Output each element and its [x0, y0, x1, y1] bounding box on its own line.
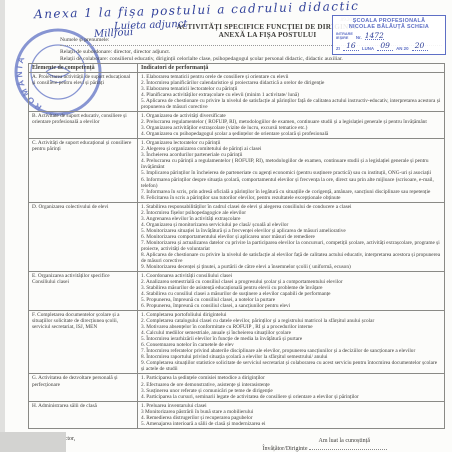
indicators-column-header: Indicatori de performanță	[138, 64, 445, 73]
indicators-cell: 1. Organizarea de activități diversifica…	[138, 112, 445, 139]
table-body: A. Proiectarea activității de suport edu…	[29, 73, 445, 429]
school-name-line2: NICOLAE BĂLĂUȚĂ SCHEIA	[336, 24, 442, 30]
table-row: C. Activități de suport educațional și c…	[29, 139, 445, 202]
table-row: A. Proiectarea activității de suport edu…	[29, 73, 445, 112]
zi-label: ZI	[336, 46, 340, 51]
signature-footer: Director, Prof. Am luat la cunoștință În…	[28, 429, 445, 452]
indicators-cell: 1. Preluarea inventarului clasei3 Monito…	[138, 401, 445, 428]
indicator-line: 7. Informarea în scris, prin adresă ofic…	[141, 189, 441, 195]
table-row: F. Completarea documentelor școlare și a…	[29, 311, 445, 374]
nr-label: Nr.	[356, 35, 362, 40]
subordination-line: Relații de subordonare: director, direct…	[60, 49, 170, 55]
signature-line	[309, 444, 387, 450]
indicator-line: 8. Felicitarea în scris a părinților sau…	[141, 195, 441, 201]
indicator-line: 4. Organizarea cu psihopedagogul școlar …	[141, 131, 441, 137]
competence-cell: C. Activități de suport educațional și c…	[29, 139, 138, 202]
indicator-line: 9. Monitorizarea decenței și ținutei, a …	[141, 264, 441, 270]
handwritten-day: 16	[346, 41, 356, 50]
luna-label: LUNA	[362, 46, 374, 51]
indicator-line: 5. Implicarea părinților în încheierea d…	[141, 170, 441, 176]
table-row: E. Organizarea activităților specifice C…	[29, 271, 445, 310]
handwritten-reg-number: 1472	[365, 31, 384, 40]
scan-edge-artifact	[0, 0, 5, 452]
an-label: AN 20	[396, 46, 408, 51]
scan-artifact	[0, 432, 66, 452]
indicators-cell: 1. Participarea la ședințele comisiei me…	[138, 374, 445, 401]
competence-cell: G. Activitatea de dezvoltare personală ș…	[29, 374, 138, 401]
teacher-signature-label: Învățător/Diriginte	[263, 446, 308, 452]
table-header-row: Elemente de competență Indicatori de per…	[29, 64, 445, 73]
indicator-line: 8. Aplicarea de chestionare cu privire l…	[141, 252, 441, 264]
competence-cell: F. Completarea documentelor școlare și a…	[29, 311, 138, 374]
competence-cell: A. Proiectarea activității de suport edu…	[29, 73, 138, 112]
handwritten-month: 09	[380, 41, 390, 50]
handwritten-signature: Millfoui	[94, 27, 134, 40]
indicator-line: 4. Participarea la cursuri, seminarii le…	[141, 394, 441, 400]
handwritten-year: 20	[415, 41, 425, 50]
competence-column-header: Elemente de competență	[29, 64, 138, 73]
competence-cell: D. Organizarea colectivului de elevi	[29, 202, 138, 271]
indicators-cell: 1. Organizarea lectoratelor cu părinții2…	[138, 139, 445, 202]
table-row: H. Administrarea sălii de clasă1. Prelua…	[29, 401, 445, 428]
indicator-line: 6. Informarea părinților despre situația…	[141, 177, 441, 189]
indicator-line: 5. Aplicarea de chestionare cu privire l…	[141, 98, 441, 110]
indicators-cell: 1. Coordonarea activității consiliului c…	[138, 271, 445, 310]
competence-cell: B. Activitate de suport educativ, consil…	[29, 112, 138, 139]
competence-cell: E. Organizarea activităților specifice C…	[29, 271, 138, 310]
indicators-cell: 1. Completarea portofoliului dirigintelu…	[138, 311, 445, 374]
table-row: G. Activitatea de dezvoltare personală ș…	[29, 374, 445, 401]
intrare-iesire-label: INTRAREIEȘIRE	[336, 32, 353, 40]
indicator-line: 9. Completarea situațiilor statistice so…	[141, 360, 441, 372]
indicators-cell: 1. Stabilirea responsabilităților în cad…	[138, 202, 445, 271]
registration-stamp-box: ȘCOALA PROFESIONALĂ NICOLAE BĂLĂUȚĂ SCHE…	[332, 15, 446, 55]
performance-indicators-table: Elemente de competență Indicatori de per…	[28, 63, 445, 429]
collaboration-line: Relații de colaborare: consilierul educa…	[60, 56, 343, 62]
scanned-document: Anexa 1 la fișa postului a cadrului dida…	[0, 0, 452, 452]
competence-cell: H. Administrarea sălii de clasă	[29, 401, 138, 428]
indicators-cell: 1. Elaborarea tematicii pentru orele de …	[138, 73, 445, 112]
indicator-line: 4. Prelucrarea cu părinții a regulamente…	[141, 158, 441, 170]
indicator-line: 6. Propunerea, împreună cu consiliul cla…	[141, 303, 441, 309]
table-row: D. Organizarea colectivului de elevi1. S…	[29, 202, 445, 271]
indicator-line: 5. Amenajarea interioară a sălii de clas…	[141, 421, 441, 427]
table-row: B. Activitate de suport educativ, consil…	[29, 112, 445, 139]
indicator-line: 7. Monitorizarea și actualizarea datelor…	[141, 240, 441, 252]
